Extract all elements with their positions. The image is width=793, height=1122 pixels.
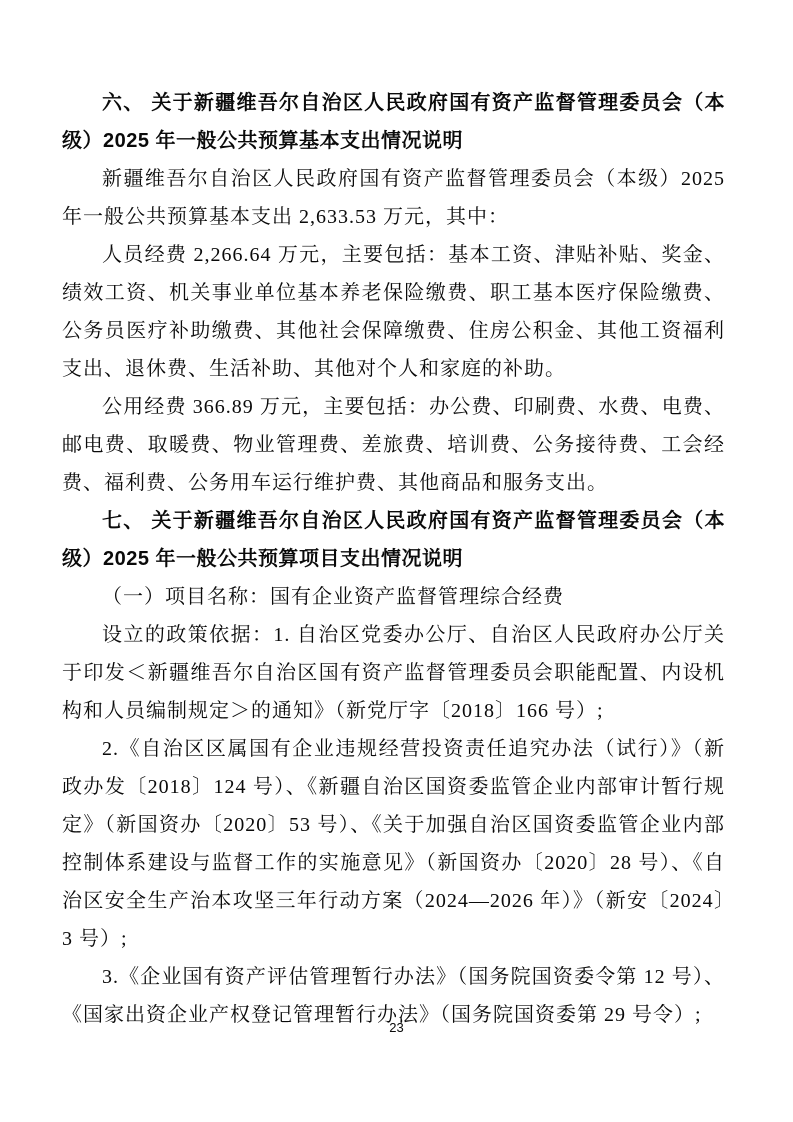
paragraph-policy-basis-1: 设立的政策依据：1. 自治区党委办公厅、自治区人民政府办公厅关于印发＜新疆维吾尔… xyxy=(62,616,725,730)
paragraph-public-funds: 公用经费 366.89 万元，主要包括：办公费、印刷费、水费、电费、邮电费、取暖… xyxy=(62,388,725,502)
section-heading-six: 六、 关于新疆维吾尔自治区人民政府国有资产监督管理委员会（本级）2025 年一般… xyxy=(62,84,725,160)
paragraph-basic-expenditure-total: 新疆维吾尔自治区人民政府国有资产监督管理委员会（本级）2025 年一般公共预算基… xyxy=(62,160,725,236)
paragraph-policy-basis-2: 2.《自治区区属国有企业违规经营投资责任追究办法（试行）》（新政办发〔2018〕… xyxy=(62,730,725,958)
document-body: 六、 关于新疆维吾尔自治区人民政府国有资产监督管理委员会（本级）2025 年一般… xyxy=(62,84,725,1034)
document-page: 六、 关于新疆维吾尔自治区人民政府国有资产监督管理委员会（本级）2025 年一般… xyxy=(0,0,793,1122)
page-number: 23 xyxy=(0,1020,793,1035)
paragraph-personnel-funds: 人员经费 2,266.64 万元，主要包括：基本工资、津贴补贴、奖金、绩效工资、… xyxy=(62,236,725,388)
section-heading-seven: 七、 关于新疆维吾尔自治区人民政府国有资产监督管理委员会（本级）2025 年一般… xyxy=(62,502,725,578)
paragraph-project-name: （一）项目名称：国有企业资产监督管理综合经费 xyxy=(62,578,725,616)
